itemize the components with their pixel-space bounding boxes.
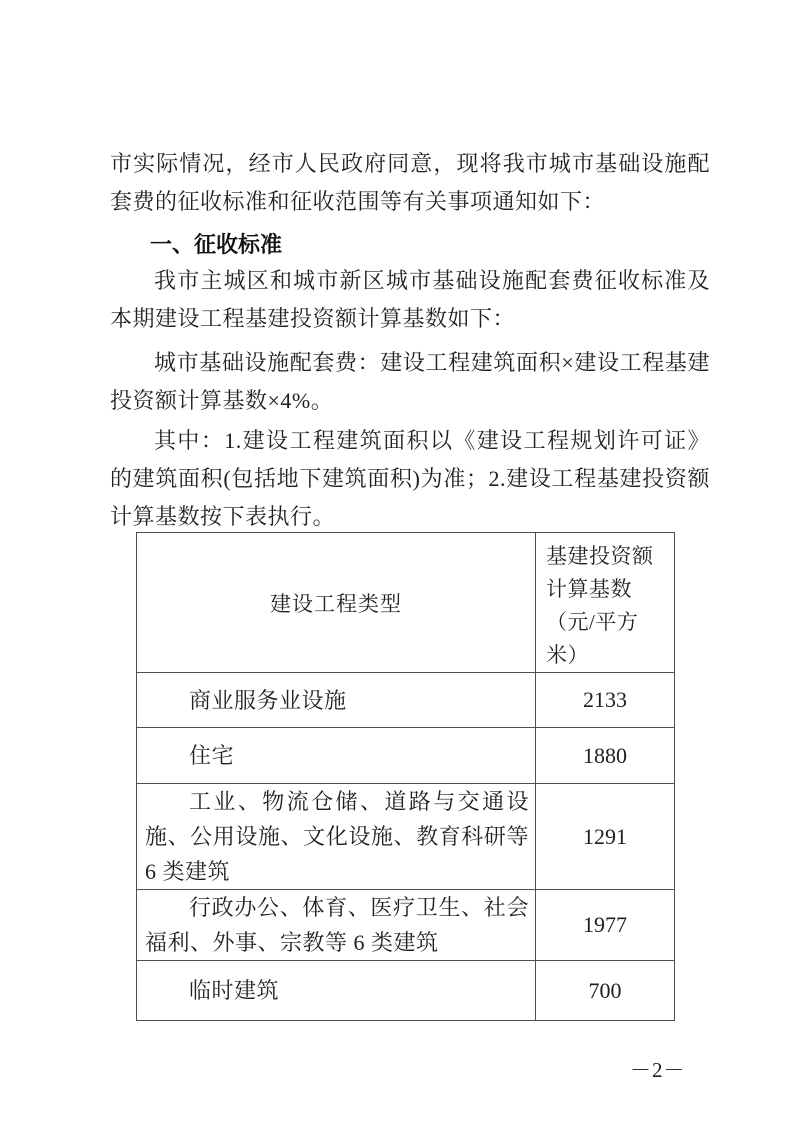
fee-base-table: 建设工程类型 基建投资额计算基数（元/平方米） 商业服务业设施 2133 住宅 … <box>136 532 675 1021</box>
base-amount-cell: 700 <box>536 961 675 1021</box>
base-amount-cell: 1880 <box>536 728 675 784</box>
table-header-row: 建设工程类型 基建投资额计算基数（元/平方米） <box>137 533 675 673</box>
base-amount-cell: 2133 <box>536 673 675 728</box>
base-amount-cell: 1291 <box>536 784 675 890</box>
paragraph-standards-intro: 我市主城区和城市新区城市基础设施配套费征收标准及本期建设工程基建投资额计算基数如… <box>110 262 710 338</box>
project-type-cell: 商业服务业设施 <box>137 673 536 728</box>
table-row: 商业服务业设施 2133 <box>137 673 675 728</box>
paragraph-fee-formula: 城市基础设施配套费：建设工程建筑面积×建设工程基建投资额计算基数×4%。 <box>110 344 710 420</box>
project-type-cell: 行政办公、体育、医疗卫生、社会福利、外事、宗教等 6 类建筑 <box>137 890 536 961</box>
project-type-cell: 工业、物流仓储、道路与交通设施、公用设施、文化设施、教育科研等 6 类建筑 <box>137 784 536 890</box>
project-type-cell: 住宅 <box>137 728 536 784</box>
document-page: 市实际情况，经市人民政府同意，现将我市城市基础设施配套费的征收标准和征收范围等有… <box>0 0 800 1131</box>
table-row: 住宅 1880 <box>137 728 675 784</box>
paragraph-notes: 其中：1.建设工程建筑面积以《建设工程规划许可证》的建筑面积(包括地下建筑面积)… <box>110 422 710 536</box>
page-number: －2－ <box>630 1054 686 1084</box>
table-row: 临时建筑 700 <box>137 961 675 1021</box>
project-type-cell: 临时建筑 <box>137 961 536 1021</box>
base-amount-cell: 1977 <box>536 890 675 961</box>
table-row: 行政办公、体育、医疗卫生、社会福利、外事、宗教等 6 类建筑 1977 <box>137 890 675 961</box>
table-header-base-amount: 基建投资额计算基数（元/平方米） <box>536 533 675 673</box>
table-row: 工业、物流仓储、道路与交通设施、公用设施、文化设施、教育科研等 6 类建筑 12… <box>137 784 675 890</box>
paragraph-intro-continuation: 市实际情况，经市人民政府同意，现将我市城市基础设施配套费的征收标准和征收范围等有… <box>110 145 710 221</box>
section-heading-levy-standard: 一、征收标准 <box>110 227 710 263</box>
table-header-project-type: 建设工程类型 <box>137 533 536 673</box>
